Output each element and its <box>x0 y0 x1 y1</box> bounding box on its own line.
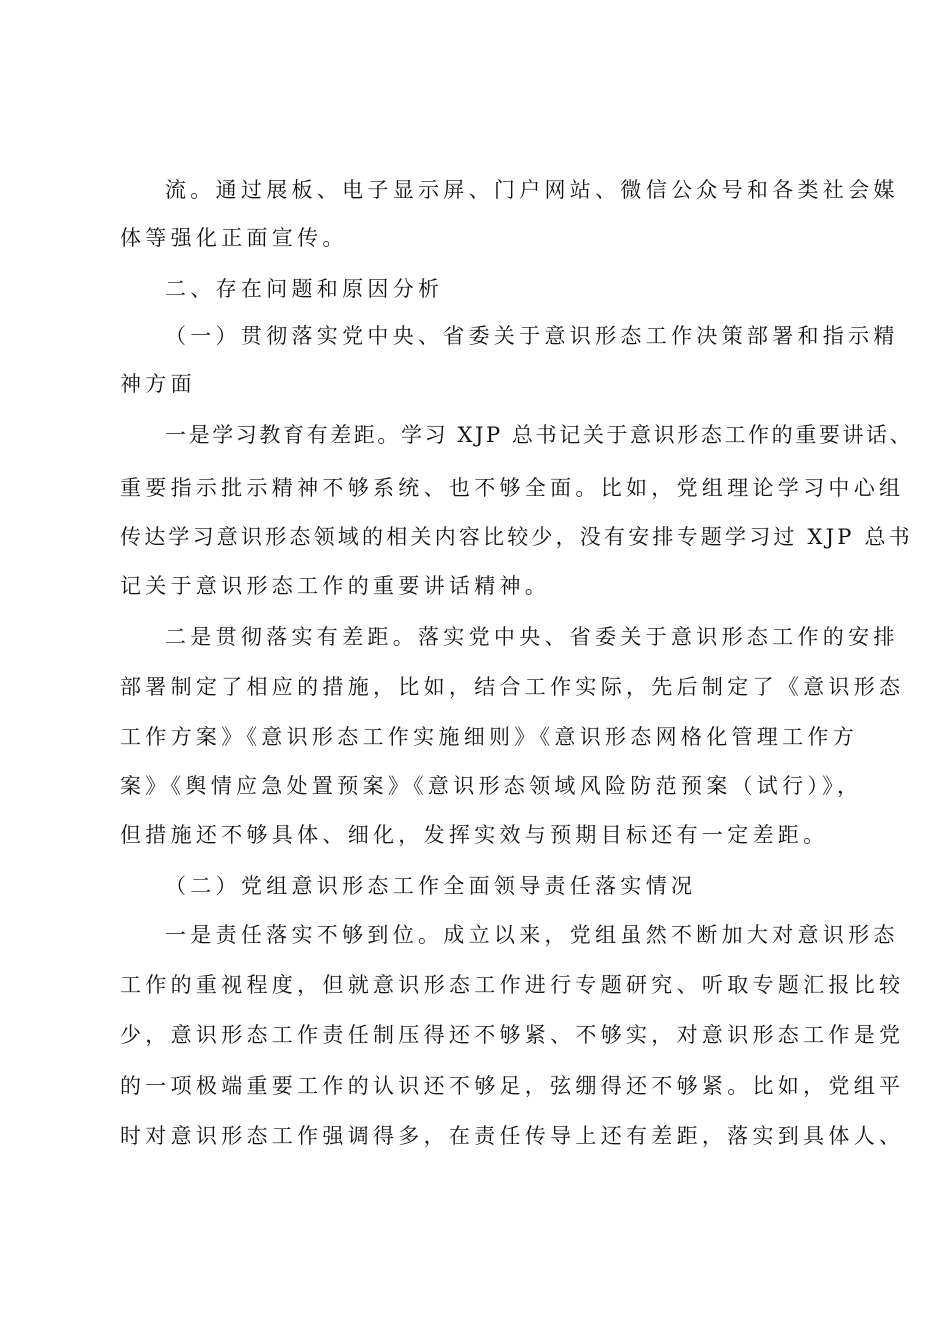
paragraph-line: 记关于意识形态工作的重要讲话精神。 <box>120 571 832 601</box>
paragraph-continuation-line: 流。通过展板、电子显示屏、门户网站、微信公众号和各类社会媒 <box>165 175 832 205</box>
paragraph-line: 少，意识形态工作责任制压得还不够紧、不够实，对意识形态工作是党 <box>120 1020 832 1050</box>
paragraph-line: 重要指示批示精神不够系统、也不够全面。比如，党组理论学习中心组 <box>120 473 832 503</box>
section-heading: 二、存在问题和原因分析 <box>165 274 832 304</box>
subsection-heading: （二）党组意识形态工作全面领导责任落实情况 <box>165 871 832 901</box>
paragraph-line: 案》《舆情应急处置预案》《意识形态领域风险防范预案（试行）》， <box>120 771 832 801</box>
subsection-heading: （一）贯彻落实党中央、省委关于意识形态工作决策部署和指示精 <box>165 321 832 351</box>
paragraph-line: 时对意识形态工作强调得多，在责任传导上还有差距，落实到具体人、 <box>120 1121 832 1151</box>
document-page: 流。通过展板、电子显示屏、门户网站、微信公众号和各类社会媒 体等强化正面宣传。 … <box>0 0 950 1344</box>
paragraph-continuation-line: 体等强化正面宣传。 <box>120 223 832 253</box>
paragraph-line: 二是贯彻落实有差距。落实党中央、省委关于意识形态工作的安排 <box>165 622 832 652</box>
paragraph-line: 工作的重视程度，但就意识形态工作进行专题研究、听取专题汇报比较 <box>120 970 832 1000</box>
paragraph-line: 传达学习意识形态领域的相关内容比较少，没有安排专题学习过 XJP 总书 <box>120 522 832 552</box>
paragraph-line: 的一项极端重要工作的认识还不够足，弦绷得还不够紧。比如，党组平 <box>120 1071 832 1101</box>
paragraph-line: 工作方案》《意识形态工作实施细则》《意识形态网格化管理工作方 <box>120 722 832 752</box>
paragraph-line: 一是责任落实不够到位。成立以来，党组虽然不断加大对意识形态 <box>165 920 832 950</box>
paragraph-line: 部署制定了相应的措施，比如，结合工作实际，先后制定了《意识形态 <box>120 672 832 702</box>
subsection-heading: 神方面 <box>120 369 832 399</box>
paragraph-line: 一是学习教育有差距。学习 XJP 总书记关于意识形态工作的重要讲话、 <box>165 420 832 450</box>
paragraph-line: 但措施还不够具体、细化，发挥实效与预期目标还有一定差距。 <box>120 820 832 850</box>
